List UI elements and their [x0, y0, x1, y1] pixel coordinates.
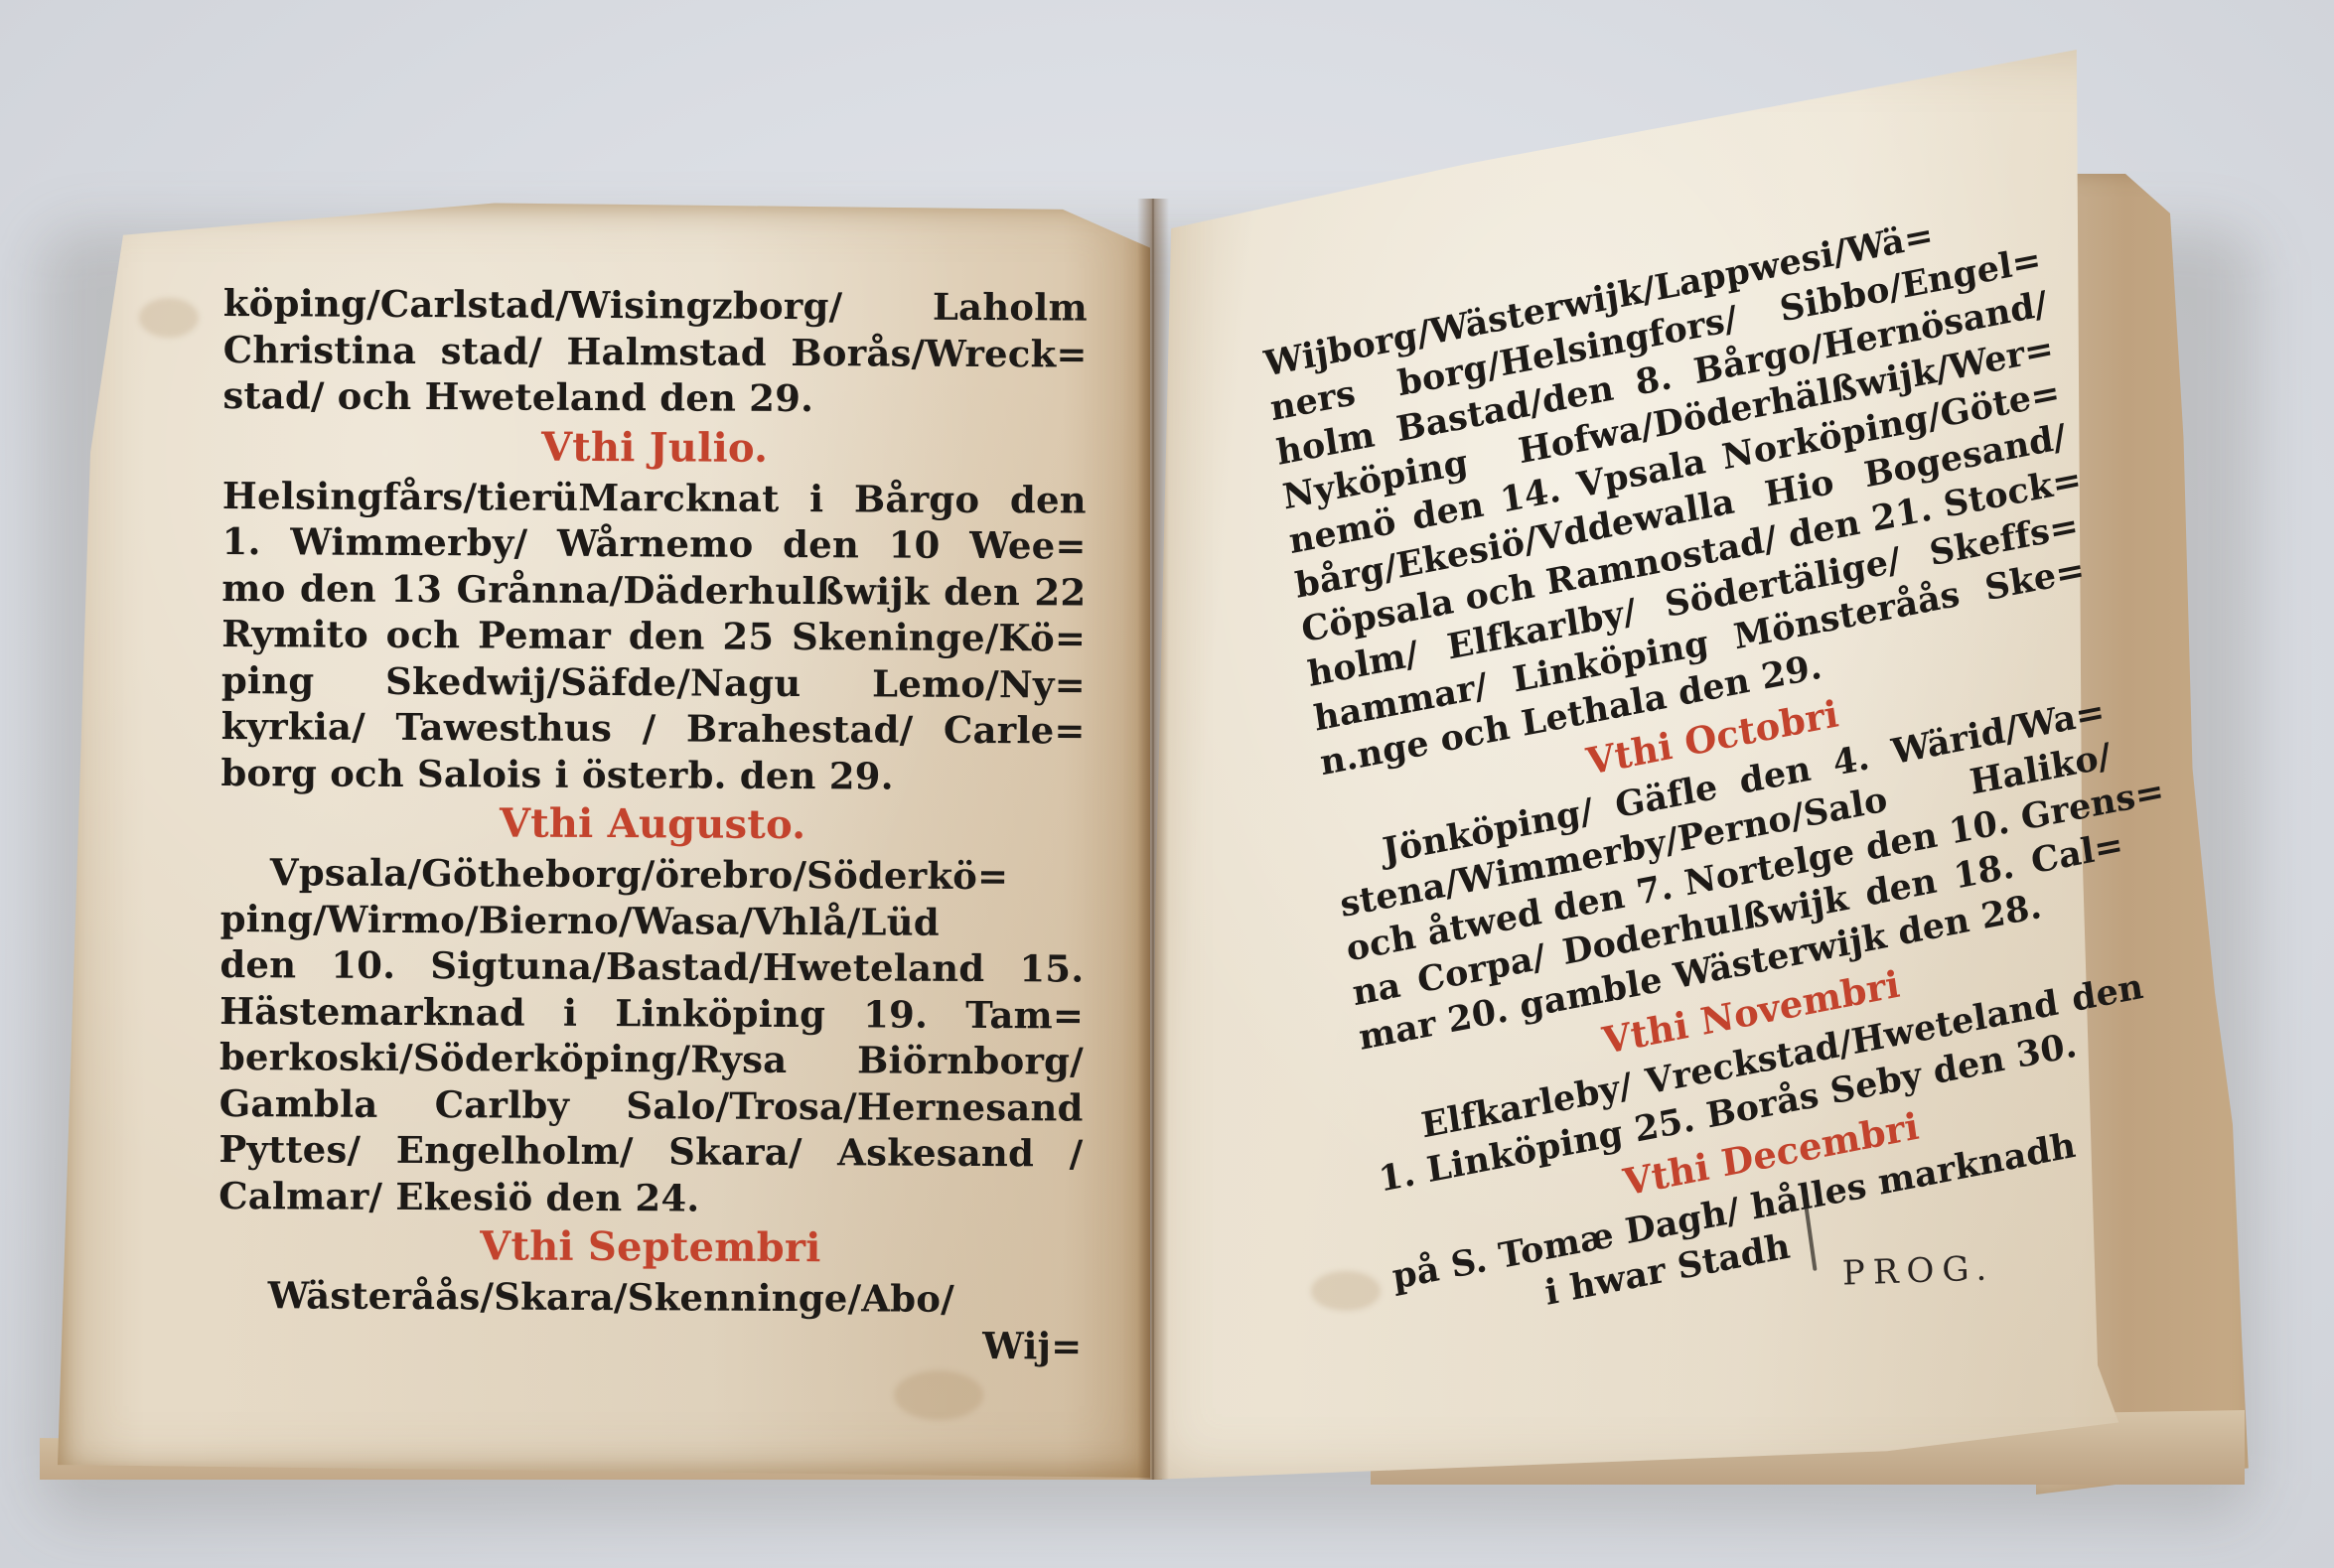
- text-line: Christina stad/ Halmstad Borås/Wreck=: [223, 326, 1088, 376]
- text-line: Rymito och Pemar den 25 Skeninge/Kö=: [221, 611, 1086, 661]
- month-heading-september: Vthi Septembri: [219, 1220, 1083, 1275]
- text-line: Gambla Carlby Salo/Trosa/Hernesand: [219, 1079, 1084, 1130]
- text-line: berkoski/Söderköping/Rysa Biörnborg/: [219, 1034, 1084, 1084]
- text-line: ping/Wirmo/Bierno/Wasa/Vhlå/Lüd: [220, 895, 1085, 945]
- text-line: Calmar/ Ekesiö den 24.: [219, 1172, 1083, 1222]
- text-line: Helsingfårs/tierüMarcknat i Bårgo den: [222, 472, 1087, 522]
- month-heading-august: Vthi Augusto.: [220, 797, 1085, 852]
- text-line: mo den 13 Grånna/Däderhulßwijk den 22: [221, 564, 1086, 615]
- paper-stain: [1311, 1271, 1381, 1311]
- paper-stain: [894, 1370, 983, 1420]
- text-line: köping/Carlstad/Wisingzborg/ Laholm: [223, 280, 1088, 331]
- text-line: 1. Wimmerby/ Wårnemo den 10 Wee=: [221, 518, 1086, 569]
- text-line: Hästemarknad i Linköping 19. Tam=: [219, 987, 1084, 1038]
- text-line: borg och Salois i österb. den 29.: [220, 749, 1085, 799]
- text-line: Wästeråås/Skara/Skenninge/Abo/: [219, 1272, 1083, 1323]
- text-line: kyrkia/ Tawesthus / Brahestad/ Carle=: [221, 703, 1086, 754]
- right-page-text: Wijborg/Wästerwijk/Lappwesi/Wä= ners bor…: [1261, 193, 2172, 1344]
- catchword: Wij=: [218, 1318, 1082, 1368]
- photo-scene: köping/Carlstad/Wisingzborg/ Laholm Chri…: [0, 0, 2334, 1568]
- text-line: stad/ och Hweteland den 29.: [222, 372, 1087, 423]
- text-line: den 10. Sigtuna/Bastad/Hweteland 15.: [219, 941, 1084, 992]
- text-line: Vpsala/Götheborg/örebro/Söderkö=: [220, 849, 1085, 900]
- left-page-text: köping/Carlstad/Wisingzborg/ Laholm Chri…: [218, 280, 1088, 1369]
- book-gutter: [1137, 199, 1169, 1480]
- text-line: ping Skedwij/Säfde/Nagu Lemo/Ny=: [221, 656, 1086, 707]
- catchword-prog: PROG.: [1841, 1248, 1994, 1293]
- month-heading-july: Vthi Julio.: [222, 420, 1087, 475]
- paper-stain: [139, 298, 199, 338]
- text-line: Pyttes/ Engelholm/ Skara/ Askesand /: [219, 1126, 1083, 1177]
